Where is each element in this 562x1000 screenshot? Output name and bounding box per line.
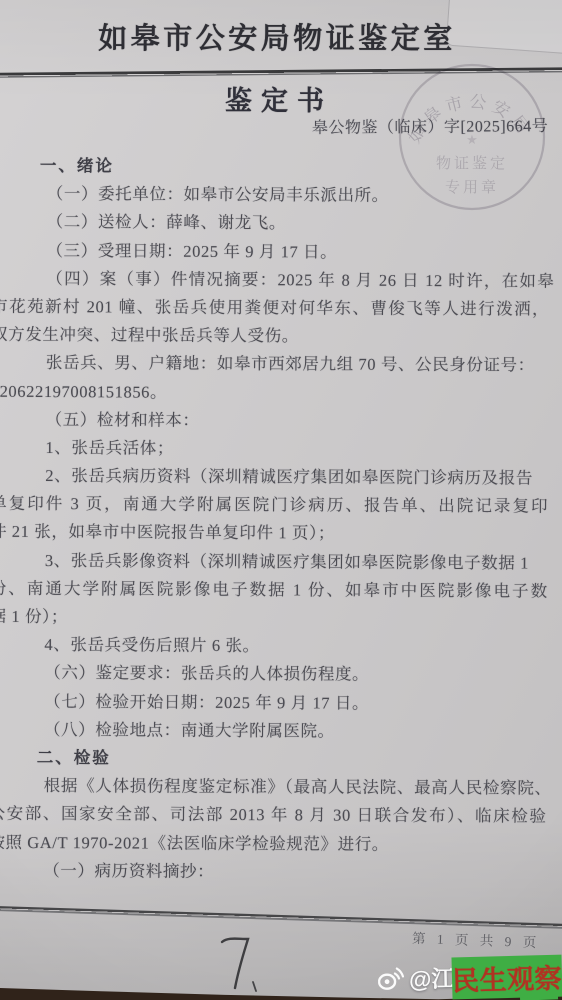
document-line: （五）检材和样本： (46, 406, 561, 437)
document-line: 双方发生冲突、过程中张岳兵等人受伤。 (0, 321, 561, 352)
organization-title: 如皋市公安局物证鉴定室 (0, 16, 562, 57)
header-divider (0, 67, 562, 78)
document-line: 根据《人体损伤程度鉴定标准》（最高人民法院、最高人民检察院、 (44, 772, 552, 803)
document-line: （四）案（事）件情况摘要：2025 年 8 月 26 日 12 时许，在如皋 (46, 265, 554, 296)
document-line: 张岳兵、男、户籍地：如皋市西郊居九组 70 号、公民身份证号： (46, 349, 561, 380)
document-body: 一、绪论（一）委托单位：如皋市公安局丰乐派出所。（二）送检人：薛峰、谢龙飞。（三… (0, 152, 562, 888)
handwritten-seven-mark (215, 933, 267, 997)
document-line: （一）委托单位：如皋市公安局丰乐派出所。 (47, 180, 562, 211)
document-number: 皋公物鉴（临床）字[2025]664号 (312, 113, 548, 138)
document-title: 鉴定书 (0, 79, 562, 118)
document-line: 按照 GA/T 1970-2021《法医临床学检验规范》进行。 (0, 828, 558, 859)
document-line: 4、张岳兵受伤后照片 6 张。 (44, 631, 559, 662)
document-line: 1、张岳兵活体； (45, 434, 560, 465)
weibo-icon (378, 966, 404, 990)
watermark-badge: 民生观察 (451, 955, 562, 1000)
document-line: 单复印件 3 页，南通大学附属医院门诊病历、报告单、出院记录复印 (0, 490, 548, 521)
document-line: 320622197008151856。 (0, 377, 561, 408)
document-line: 市花苑新村 201 幢、张岳兵使用粪便对何华东、曹俊飞等人进行泼洒， (0, 293, 549, 324)
document-line: 二、检验 (37, 744, 559, 775)
document-line: 份、南通大学附属医院影像电子数据 1 份、如皋市中医院影像电子数 (0, 575, 548, 606)
document-line: （六）鉴定要求：张岳兵的人体损伤程度。 (44, 659, 559, 690)
document-line: （一）病历资料摘抄： (43, 857, 558, 888)
document-line: 一、绪论 (40, 152, 562, 183)
document-photo: 如皋市公安局物证鉴定室 鉴定书 皋公物鉴（临床）字[2025]664号 如皋市公… (0, 0, 562, 1000)
document-line: 公安部、国家安全部、司法部 2013 年 8 月 30 日联合发布）、临床检验 (0, 800, 547, 831)
document-line: 件 21 张，如皋市中医院报告单复印件 1 页）； (0, 518, 560, 549)
document-line: 2、张岳兵病历资料（深圳精诚医疗集团如皋医院门诊病历及报告 (45, 462, 560, 493)
document-line: 3、张岳兵影像资料（深圳精诚医疗集团如皋医院影像电子数据 1 (45, 547, 560, 578)
document-line: （七）检验开始日期：2025 年 9 月 17 日。 (44, 688, 559, 719)
document-line: 据 1 份）； (0, 603, 560, 634)
footer-divider (0, 906, 562, 929)
document-line: （八）检验地点：南通大学附属医院。 (44, 716, 559, 747)
document-line: （三）受理日期：2025 年 9 月 17 日。 (46, 237, 561, 268)
page-number: 第 1 页 共 9 页 (412, 927, 541, 951)
document-line: （二）送检人：薛峰、谢龙飞。 (47, 208, 562, 239)
